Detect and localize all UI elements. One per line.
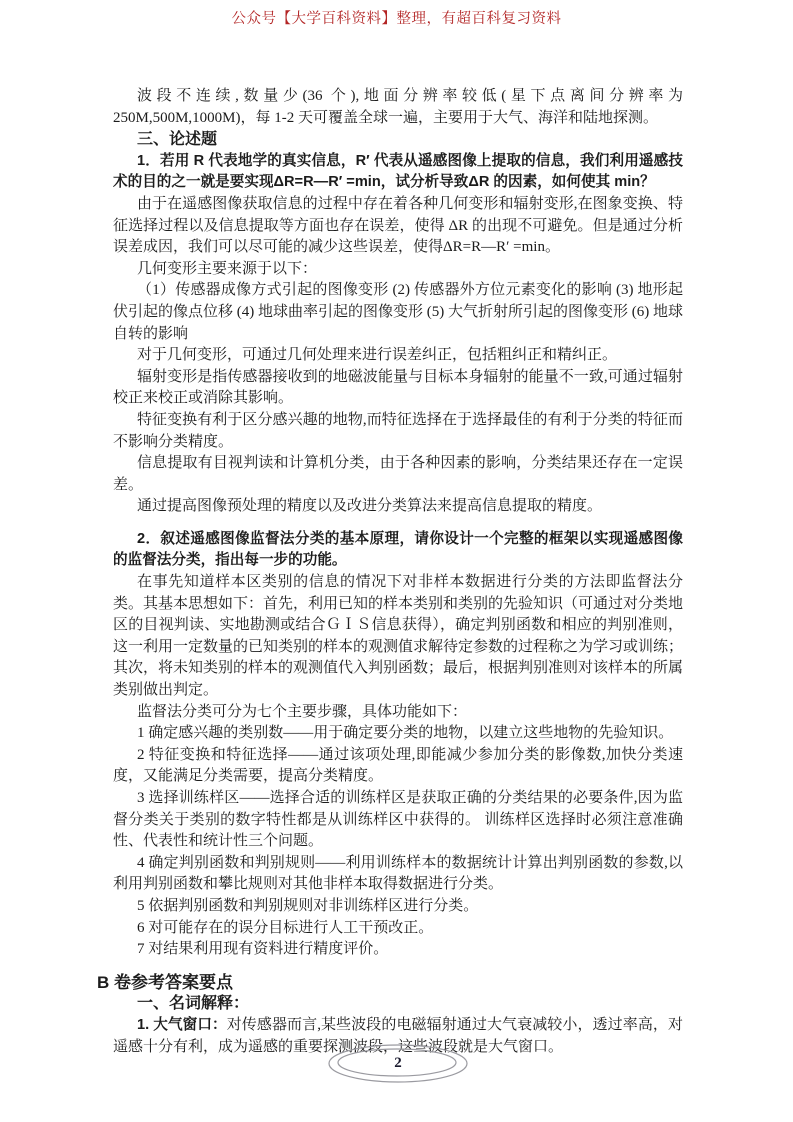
heading: 一、名词解释：: [113, 993, 683, 1015]
paragraph: 监督法分类可分为七个主要步骤，具体功能如下：: [113, 702, 683, 724]
paragraph: 2 特征变换和特征选择——通过该项处理,即能减少参加分类的影像数,加快分类速度，…: [113, 745, 683, 788]
paragraph: 对于几何变形，可通过几何处理来进行误差纠正，包括粗纠正和精纠正。: [113, 345, 683, 367]
page-number: 2: [322, 1042, 474, 1084]
paragraph: 特征变换有利于区分感兴趣的地物,而特征选择在于选择最佳的有利于分类的特征而不影响…: [113, 410, 683, 453]
paragraph: 辐射变形是指传感器接收到的地磁波能量与目标本身辐射的能量不一致,可通过辐射校正来…: [113, 367, 683, 410]
paragraph: 5 依据判别函数和判别规则对非训练样区进行分类。: [113, 896, 683, 918]
document-body: 波段不连续,数量少(36 个),地面分辨率较低(星下点离间分辨率为 250M,5…: [113, 86, 683, 1058]
paragraph: 通过提高图像预处理的精度以及改进分类算法来提高信息提取的精度。: [113, 496, 683, 518]
header-banner: 公众号【大学百科资料】整理，有超百科复习资料: [0, 7, 793, 28]
page-number-badge: 2: [322, 1042, 474, 1086]
heading: 三、论述题: [113, 129, 683, 151]
paragraph: 2．叙述遥感图像监督法分类的基本原理，请你设计一个完整的框架以实现遥感图像的监督…: [113, 529, 683, 572]
paragraph: 由于在遥感图像获取信息的过程中存在着各种几何变形和辐射变形,在图象变换、特征选择…: [113, 194, 683, 259]
paragraph: 3 选择训练样区——选择合适的训练样区是获取正确的分类结果的必要条件,因为监督分…: [113, 788, 683, 853]
paragraph: 在事先知道样本区类别的信息的情况下对非样本数据进行分类的方法即监督法分类。其基本…: [113, 572, 683, 702]
paragraph: 7 对结果利用现有资料进行精度评价。: [113, 939, 683, 961]
term-lead: 1. 大气窗口：: [137, 1017, 227, 1033]
paragraph: 信息提取有目视判读和计算机分类，由于各种因素的影响，分类结果还存在一定误差。: [113, 453, 683, 496]
paragraph: 6 对可能存在的误分目标进行人工干预改正。: [113, 918, 683, 940]
paragraph: 1．若用 R 代表地学的真实信息，R′ 代表从遥感图像上提取的信息，我们利用遥感…: [113, 151, 683, 194]
section-title: B 卷参考答案要点: [97, 972, 683, 994]
paragraph: 几何变形主要来源于以下：: [113, 259, 683, 281]
paragraph: 波段不连续,数量少(36 个),地面分辨率较低(星下点离间分辨率为 250M,5…: [113, 86, 683, 129]
paragraph: 4 确定判别函数和判别规则——利用训练样本的数据统计计算出判别函数的参数,以利用…: [113, 853, 683, 896]
page: 公众号【大学百科资料】整理，有超百科复习资料 波段不连续,数量少(36 个),地…: [0, 0, 793, 1122]
paragraph: 1 确定感兴趣的类别数——用于确定要分类的地物，以建立这些地物的先验知识。: [113, 723, 683, 745]
paragraph: （1）传感器成像方式引起的图像变形 (2) 传感器外方位元素变化的影响 (3) …: [113, 280, 683, 345]
